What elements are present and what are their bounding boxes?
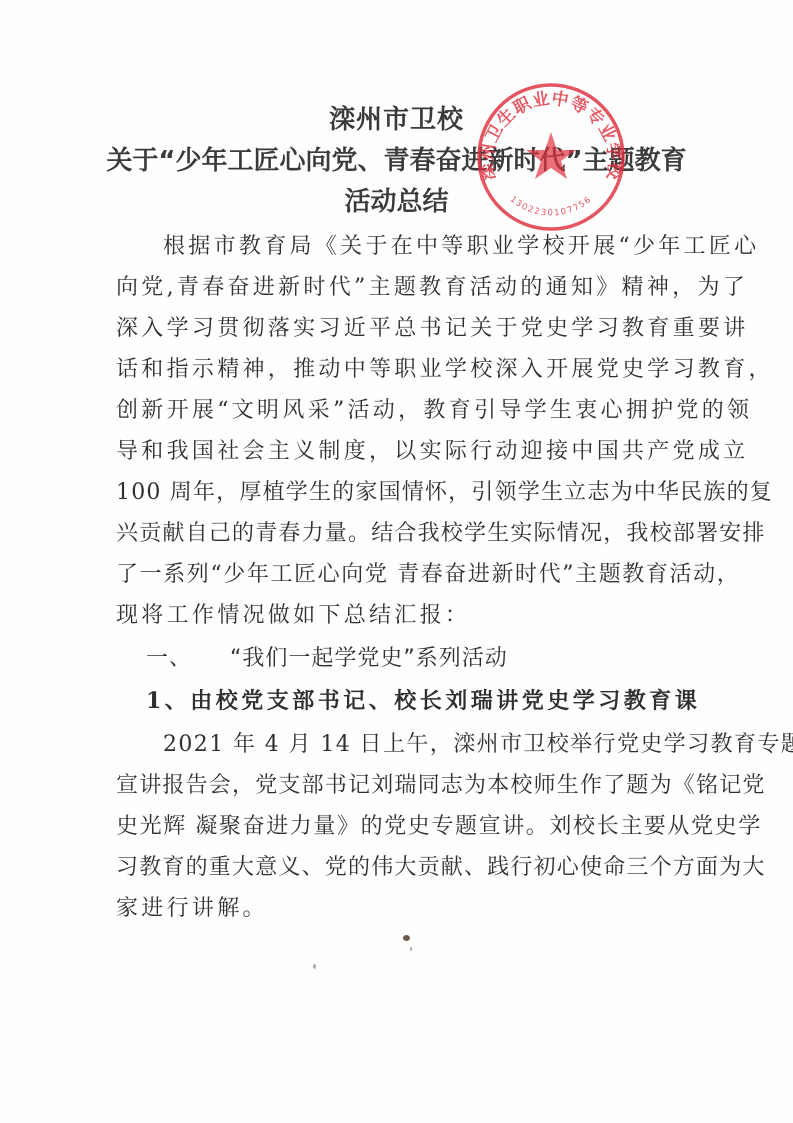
document-body: 根据市教育局《关于在中等职业学校开展“少年工匠心 向党,青春奋进新时代”主题教育… [116,226,668,929]
paragraph-line: 了一系列“少年工匠心向党 青春奋进新时代”主题教育活动， [116,554,668,595]
title-suffix: 活动总结 [100,182,693,223]
document-page: 滦州市卫校 关于“少年工匠心向党、青春奋进新时代”主题教育 活动总结 根据市教育… [0,0,793,1123]
paragraph-line: 习教育的重大意义、党的伟大贡献、践行初心使命三个方面为大 [116,847,668,888]
paragraph-line: 导和我国社会主义制度，以实际行动迎接中国共产党成立 [116,431,668,472]
scan-speck [403,935,410,941]
paragraph-line: 2021 年 4 月 14 日上午，滦州市卫校举行党史学习教育专题 [116,724,668,765]
section-heading-1: 一、“我们一起学党史”系列活动 [116,638,668,679]
paragraph-line: 史光辉 凝聚奋进力量》的党史专题宣讲。刘校长主要从党史学 [116,806,668,847]
paragraph-line: 话和指示精神，推动中等职业学校深入开展党史学习教育， [116,349,668,390]
document-title: 滦州市卫校 关于“少年工匠心向党、青春奋进新时代”主题教育 活动总结 [100,100,693,223]
paragraph-line: 宣讲报告会，党支部书记刘瑞同志为本校师生作了题为《铭记党 [116,765,668,806]
paragraph-line: 根据市教育局《关于在中等职业学校开展“少年工匠心 [116,226,668,267]
paragraph-line: 现将工作情况做如下总结汇报： [116,595,668,636]
paragraph-line: 兴贡献自己的青春力量。结合我校学生实际情况，我校部署安排 [116,513,668,554]
paragraph-line: 家进行讲解。 [116,888,668,929]
subsection-heading-1: 1、由校党支部书记、校长刘瑞讲党史学习教育课 [116,681,668,722]
title-subject: 关于“少年工匠心向党、青春奋进新时代”主题教育 [100,141,693,182]
paragraph-line: 深入学习贯彻落实习近平总书记关于党史学习教育重要讲 [116,308,668,349]
section-title: “我们一起学党史”系列活动 [230,646,508,671]
scan-speck [313,964,316,969]
paragraph-line: 创新开展“文明风采”活动，教育引导学生衷心拥护党的领 [116,390,668,431]
scan-speck [410,947,412,951]
title-school-name: 滦州市卫校 [100,100,693,141]
paragraph-line: 100 周年，厚植学生的家国情怀，引领学生立志为中华民族的复 [116,472,668,513]
section-number: 一、 [146,646,192,671]
paragraph-line: 向党,青春奋进新时代”主题教育活动的通知》精神，为了 [116,267,668,308]
